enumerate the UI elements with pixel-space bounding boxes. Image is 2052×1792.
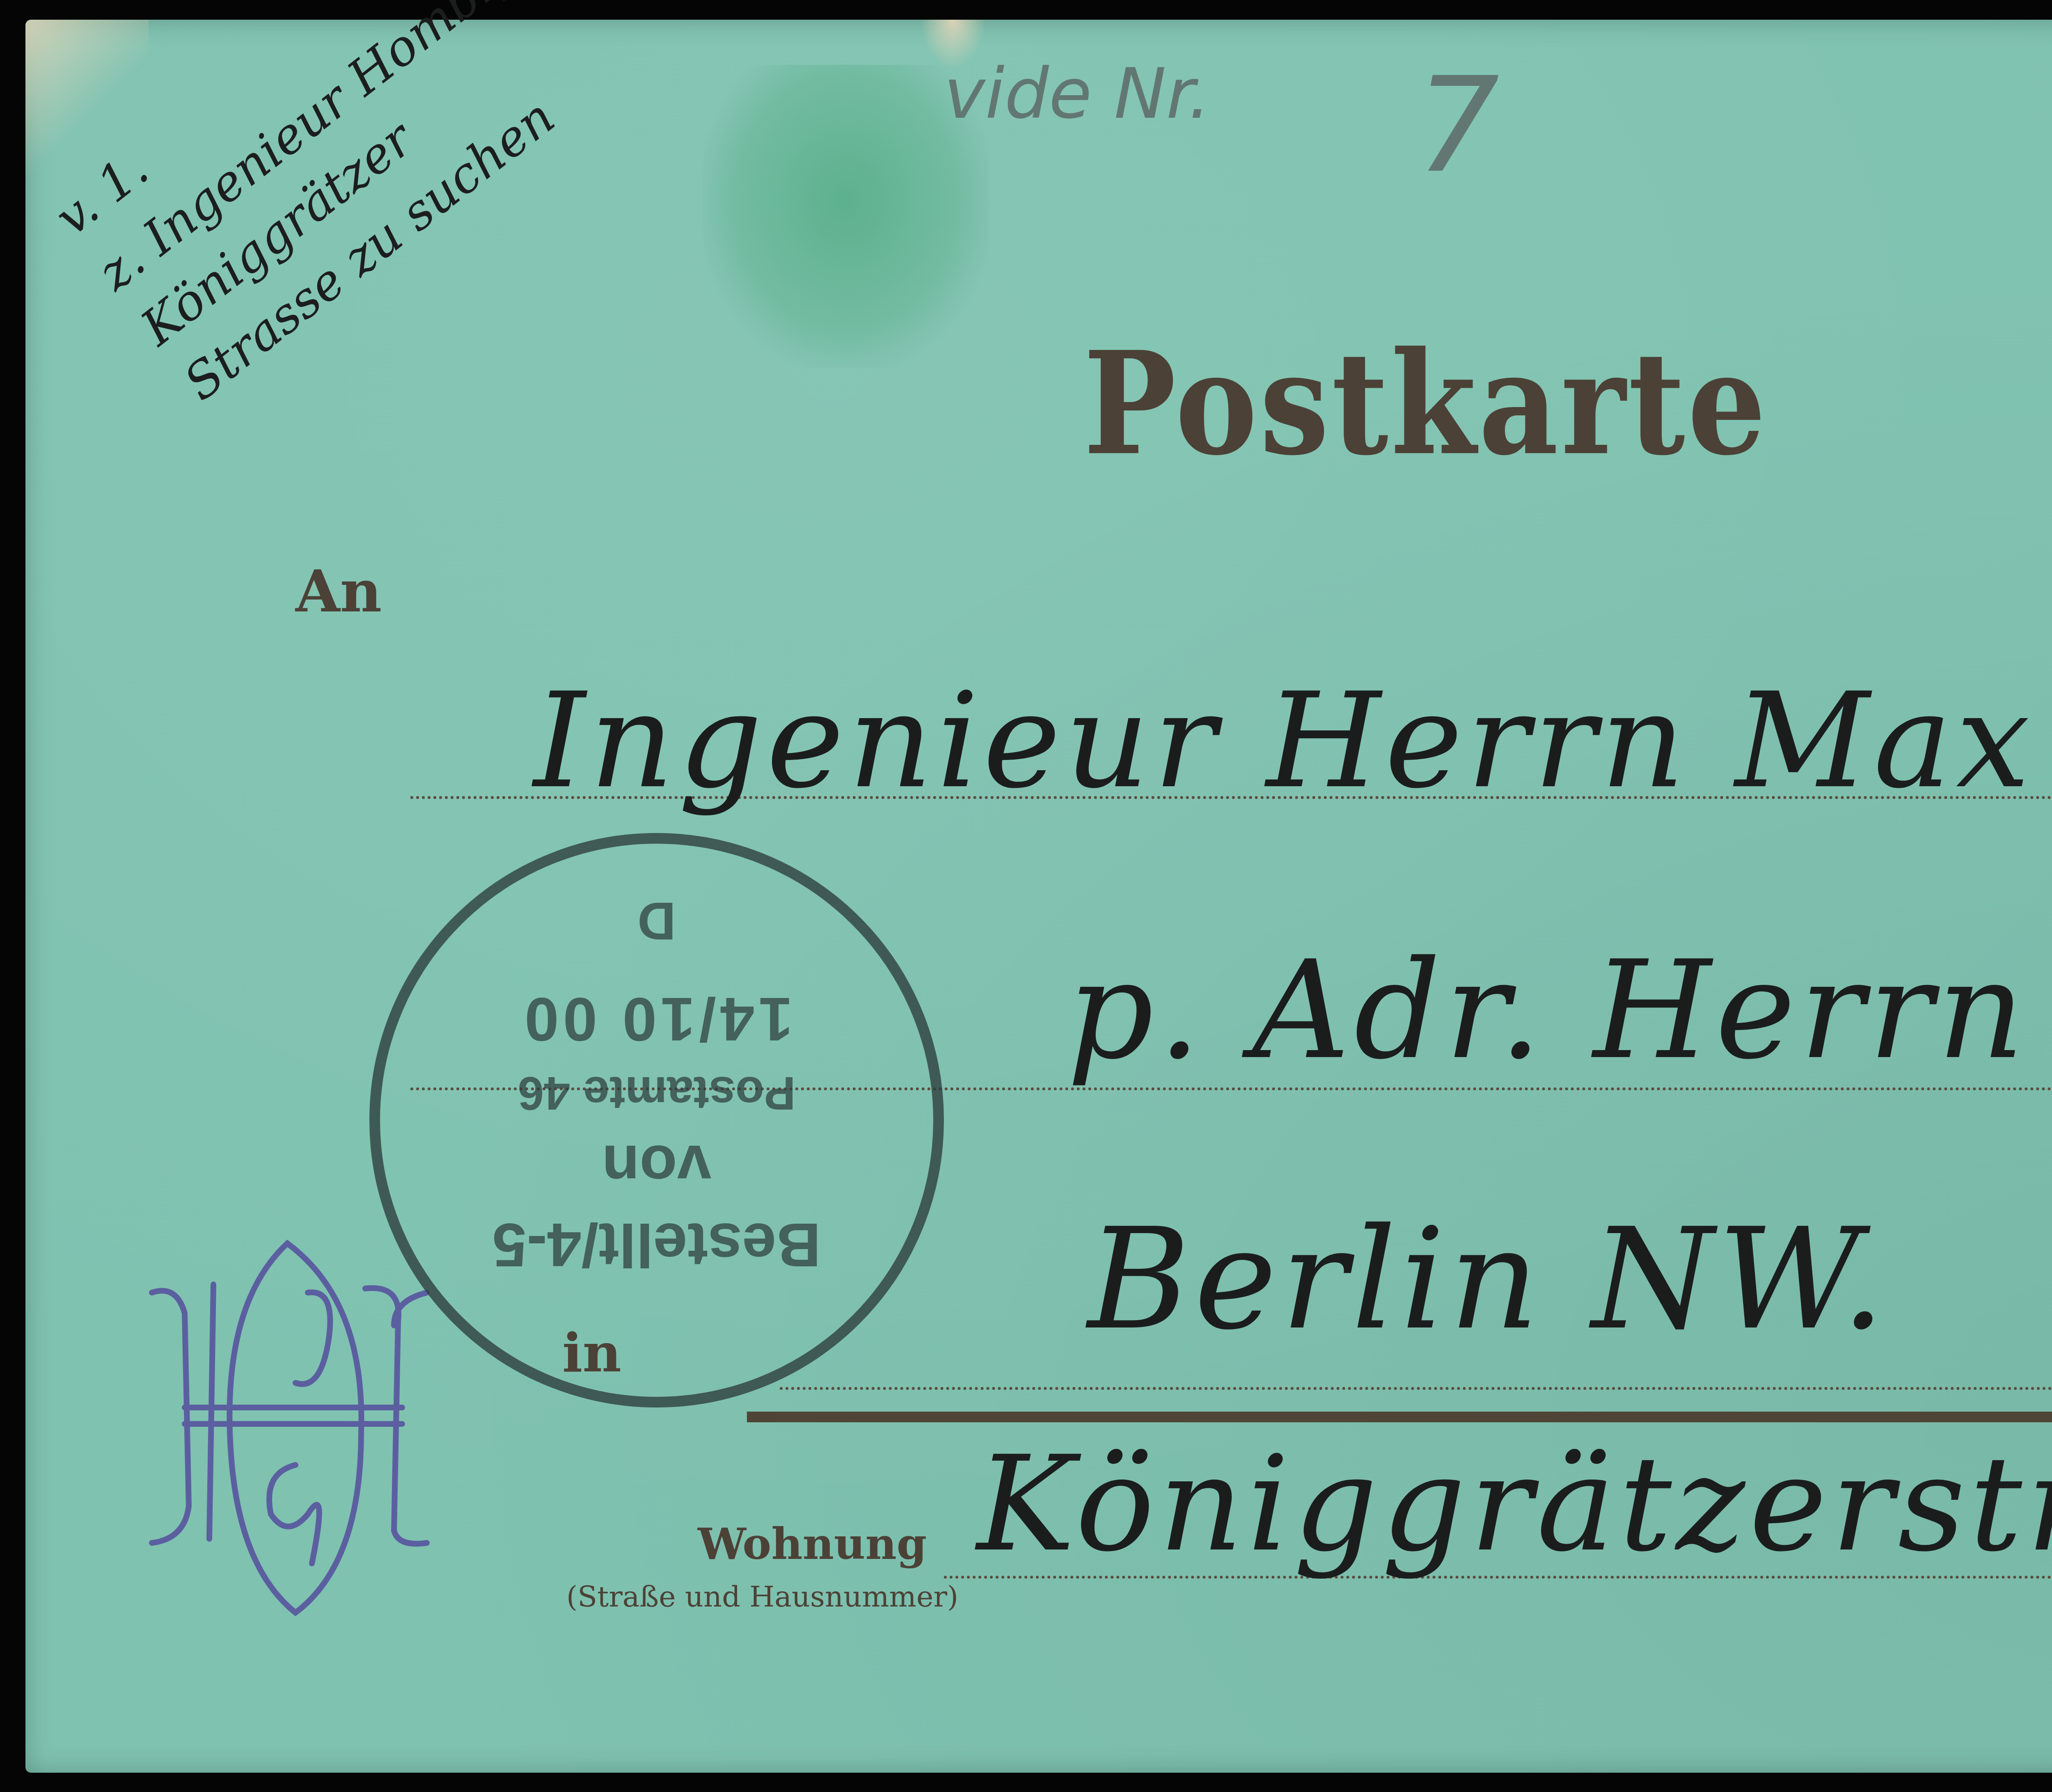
arrival-postmark-text: Bestellt/4-5 von Postamte 46 14/10 00 D [369, 833, 944, 1408]
address-line-name: Ingenieur Herrn Max Hombig [534, 665, 2052, 817]
pencil-note-number: 7 [1416, 49, 1500, 202]
address-line-3 [780, 1387, 2052, 1390]
residence-label: Wohnung [698, 1518, 927, 1569]
address-line-care-of: p. Adr. Herrn Hermann Bengs [1067, 931, 2052, 1089]
address-label: An [295, 558, 382, 625]
address-line-street: Königgrätzerstr. Nr. 60 (66) [977, 1428, 2052, 1581]
residence-sublabel: (Straße und Hausnummer) [566, 1580, 958, 1613]
address-line-city: Berlin NW. [1088, 1198, 1889, 1361]
pencil-note: vide Nr. [944, 53, 1211, 135]
card-title: Postkarte [1083, 320, 1768, 487]
city-underline [747, 1412, 2052, 1422]
